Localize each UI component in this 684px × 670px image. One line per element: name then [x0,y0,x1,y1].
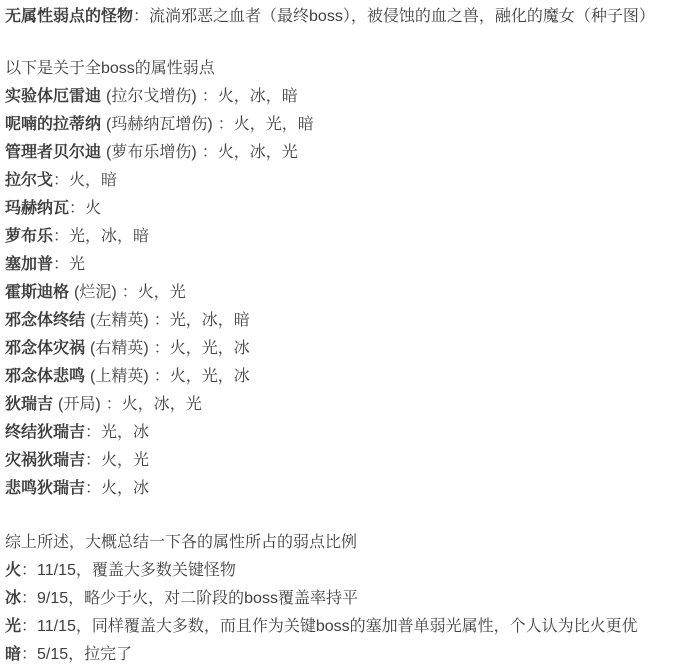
element-summary: ：5/15，拉完了 [21,646,132,663]
element-name: 暗 [5,646,21,663]
summary-header: 综上所述，大概总结一下各的属性所占的弱点比例 [5,529,678,557]
boss-weaknesses: ：光，冰，暗 [53,228,149,245]
boss-weaknesses: ：光，冰 [85,424,149,441]
boss-note: (开局) [58,396,101,413]
boss-weaknesses: ：光，冰，暗 [154,312,250,329]
boss-weaknesses: ：火，暗 [53,172,117,189]
boss-row: 萝布乐：光，冰，暗 [5,223,678,251]
boss-name: 悲鸣狄瑞吉 [5,480,85,497]
boss-row: 邪念体灾祸(右精英)：火，光，冰 [5,335,678,363]
summary-row: 火：11/15，覆盖大多数关键怪物 [5,557,678,585]
boss-name: 终结狄瑞吉 [5,424,85,441]
boss-row: 狄瑞吉(开局)：火，冰，光 [5,391,678,419]
boss-name: 霍斯迪格 [5,284,69,301]
element-summary: ：11/15，同样覆盖大多数，而且作为关键boss的塞加普单弱光属性，个人认为比… [21,618,638,635]
boss-weaknesses: ：火，冰，光 [202,144,298,161]
boss-name: 玛赫纳瓦 [5,200,69,217]
boss-row: 呢喃的拉蒂纳(玛赫纳瓦增伤)：火，光，暗 [5,111,678,139]
summary-section: 综上所述，大概总结一下各的属性所占的弱点比例 火：11/15，覆盖大多数关键怪物… [5,529,678,669]
boss-weaknesses: ：光 [53,256,85,273]
boss-name: 邪念体悲鸣 [5,368,85,385]
page-root: { "intro": { "label": "无属性弱点的怪物", "text"… [0,0,684,670]
summary-row: 光：11/15，同样覆盖大多数，而且作为关键boss的塞加普单弱光属性，个人认为… [5,613,678,641]
boss-row: 拉尔戈：火，暗 [5,167,678,195]
boss-weaknesses: ：火，冰，暗 [202,88,298,105]
boss-note: (拉尔戈增伤) [106,88,197,105]
boss-weaknesses: ：火，冰，光 [106,396,202,413]
boss-name: 萝布乐 [5,228,53,245]
boss-row: 悲鸣狄瑞吉：火，冰 [5,475,678,503]
element-summary: ：9/15，略少于火，对二阶段的boss覆盖率持平 [21,590,358,607]
boss-note: (萝布乐增伤) [106,144,197,161]
boss-weaknesses: ：火 [69,200,101,217]
boss-note: (上精英) [90,368,149,385]
boss-name: 呢喃的拉蒂纳 [5,116,101,133]
boss-note: (右精英) [90,340,149,357]
intro-text: ：流淌邪恶之血者（最终boss），被侵蚀的血之兽，融化的魔女（种子图） [133,8,655,25]
boss-name: 邪念体终结 [5,312,85,329]
boss-weakness-section: 以下是关于全boss的属性弱点 实验体厄雷迪(拉尔戈增伤)：火，冰，暗 呢喃的拉… [5,55,678,503]
boss-note: (烂泥) [74,284,117,301]
element-summary: ：11/15，覆盖大多数关键怪物 [21,562,236,579]
boss-row: 实验体厄雷迪(拉尔戈增伤)：火，冰，暗 [5,83,678,111]
boss-name: 塞加普 [5,256,53,273]
boss-weaknesses: ：火，冰 [85,480,149,497]
boss-name: 实验体厄雷迪 [5,88,101,105]
boss-weaknesses: ：火，光，冰 [154,340,250,357]
boss-row: 霍斯迪格(烂泥)：火，光 [5,279,678,307]
boss-weaknesses: ：火，光 [85,452,149,469]
boss-name: 灾祸狄瑞吉 [5,452,85,469]
boss-row: 终结狄瑞吉：光，冰 [5,419,678,447]
boss-row: 管理者贝尔迪(萝布乐增伤)：火，冰，光 [5,139,678,167]
element-name: 光 [5,618,21,635]
boss-name: 管理者贝尔迪 [5,144,101,161]
element-name: 冰 [5,590,21,607]
boss-row: 玛赫纳瓦：火 [5,195,678,223]
boss-row: 邪念体终结(左精英)：光，冰，暗 [5,307,678,335]
boss-weaknesses: ：火，光，冰 [154,368,250,385]
summary-row: 暗：5/15，拉完了 [5,641,678,669]
boss-name: 拉尔戈 [5,172,53,189]
element-name: 火 [5,562,21,579]
boss-row: 灾祸狄瑞吉：火，光 [5,447,678,475]
boss-name: 邪念体灾祸 [5,340,85,357]
boss-weaknesses: ：火，光 [122,284,186,301]
intro-paragraph: 无属性弱点的怪物：流淌邪恶之血者（最终boss），被侵蚀的血之兽，融化的魔女（种… [5,3,678,31]
intro-label: 无属性弱点的怪物 [5,8,133,25]
boss-row: 邪念体悲鸣(上精英)：火，光，冰 [5,363,678,391]
section-header: 以下是关于全boss的属性弱点 [5,55,678,83]
boss-weaknesses: ：火，光，暗 [218,116,314,133]
boss-row: 塞加普：光 [5,251,678,279]
boss-name: 狄瑞吉 [5,396,53,413]
summary-row: 冰：9/15，略少于火，对二阶段的boss覆盖率持平 [5,585,678,613]
boss-note: (左精英) [90,312,149,329]
boss-note: (玛赫纳瓦增伤) [106,116,213,133]
